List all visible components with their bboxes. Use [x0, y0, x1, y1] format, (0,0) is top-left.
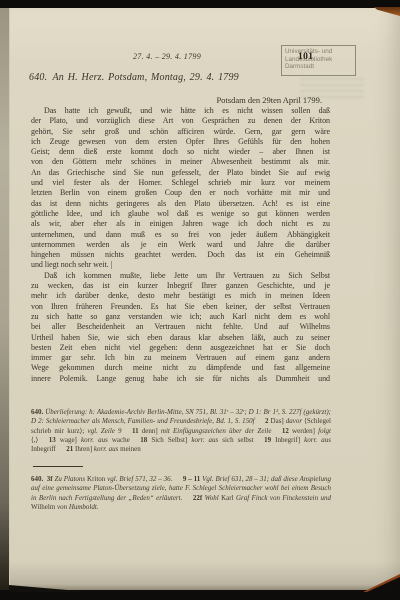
body-line-text: der Plato, und vorzüglich diese Art von … — [31, 116, 330, 126]
body-line: und liegt noch sehr weit. | — [31, 260, 330, 270]
body-line-text: das ist denn nichts geringeres als den P… — [31, 199, 330, 209]
book-spine-edge — [0, 8, 10, 590]
running-head-date-range: 27. 4. – 29. 4. 1799 — [31, 52, 303, 61]
page-number: 101 — [298, 52, 313, 62]
letter-heading: 640. An H. Herz. Potsdam, Montag, 29. 4.… — [29, 72, 369, 83]
body-line-text: gehört, Sie sehr groß und schön afficire… — [31, 127, 330, 137]
body-line-text: mehr ich darüber denke, desto mehr bestä… — [31, 291, 330, 301]
body-line: An das Griechische sind Sie nun gefessel… — [31, 168, 330, 178]
body-line-text: von Ihren früheren Freunden. Es hat Sie … — [31, 302, 330, 312]
letter-dateline: Potsdam den 29ten April 1799. — [31, 95, 322, 105]
body-line-text: Daß ich kommen mußte, liebe Jette um Ihr… — [31, 271, 330, 281]
body-line: 15unternommen werden als je ein Werk war… — [31, 240, 330, 250]
body-line: der Plato, und vorzüglich diese Art von … — [31, 116, 330, 126]
body-line: von den Göttern mehr schönes in meiner A… — [31, 157, 330, 167]
body-line: Das hatte ich gewußt, und wie hätte ich … — [31, 106, 330, 116]
letter-body: Das hatte ich gewußt, und wie hätte ich … — [31, 106, 330, 384]
body-line: von Ihren früheren Freunden. Es hat Sie … — [31, 302, 330, 312]
body-line-text: göttliche Idee, und ich glaube wol daß e… — [31, 209, 330, 219]
body-line-text: zu wecken, das ist ein kurzer Inbegrif I… — [31, 281, 330, 291]
body-line: 5ich Zeuge gewesen von dem ersten Opfer … — [31, 137, 330, 147]
body-line-text: zu sich hatte so ganz verstanden wie ich… — [31, 312, 330, 322]
footnote-separator-rule — [33, 466, 83, 467]
body-line-text: innere Polemik. Lange genug habe ich sie… — [31, 374, 330, 384]
body-line-text: Geist; denn dieß erste kommt doch so nic… — [31, 147, 330, 157]
body-line-text: unternommen werden als je ein Werk ward … — [31, 240, 330, 250]
body-line: innere Polemik. Lange genug habe ich sie… — [31, 374, 330, 384]
body-line: das ist denn nichts geringeres als den P… — [31, 199, 330, 209]
body-line-text: ich Zeuge gewesen von dem ersten Opfer I… — [31, 137, 330, 147]
body-line: und viel fester als der Homer. Schlegel … — [31, 178, 330, 188]
body-line: 10letzten Berlin von einem großen Coup d… — [31, 188, 330, 198]
editorial-commentary: 640. 3f Zu Platons Kriton vgl. Brief 571… — [31, 475, 331, 512]
body-line: zu wecken, das ist ein kurzer Inbegrif I… — [31, 281, 330, 291]
body-line: Urtheil haben Sie, wie sich eben daraus … — [31, 333, 330, 343]
body-line-text: hingehen müssen nichts geachtet werden. … — [31, 250, 330, 260]
body-line-text: An das Griechische sind Sie nun gefessel… — [31, 168, 330, 178]
body-line-text: immer gar sehr. Ich bin zu meinem Vertra… — [31, 353, 330, 363]
body-line: Daß ich kommen mußte, liebe Jette um Ihr… — [31, 271, 330, 281]
body-line-text: als wir, aber eher als in einigen Jahren… — [31, 219, 330, 229]
library-stamp-line1: Universitäts- und — [285, 48, 355, 56]
body-line-text: unternehmen, und dann muß es so frei von… — [31, 230, 330, 240]
body-line: als wir, aber eher als in einigen Jahren… — [31, 219, 330, 229]
book-photo-scene: 27. 4. – 29. 4. 1799 Universitäts- und L… — [0, 0, 400, 600]
body-line-text: und viel fester als der Homer. Schlegel … — [31, 178, 330, 188]
body-line-text: bei aller Bescheidenheit an Vertrauen ni… — [31, 322, 330, 332]
body-line: Geist; denn dieß erste kommt doch so nic… — [31, 147, 330, 157]
body-line: unternehmen, und dann muß es so frei von… — [31, 230, 330, 240]
body-line: bei aller Bescheidenheit an Vertrauen ni… — [31, 322, 330, 332]
library-stamp-line2: Landesbibliothek — [285, 56, 355, 64]
body-line-text: von den Göttern mehr schönes in meiner A… — [31, 157, 330, 167]
body-line: 20mehr ich darüber denke, desto mehr bes… — [31, 291, 330, 301]
library-stamp-line3: Darmstadt — [285, 63, 355, 71]
body-line: Wege gekommen durch meine nicht zu dämpf… — [31, 363, 330, 373]
body-line-text: Das hatte ich gewußt, und wie hätte ich … — [31, 106, 330, 116]
body-line-text: und liegt noch sehr weit. | — [31, 260, 330, 270]
critical-apparatus: 640. Überlieferung: h: Akademie-Archiv B… — [31, 408, 331, 454]
body-line: zu sich hatte so ganz verstanden wie ich… — [31, 312, 330, 322]
body-line-text: letzten Berlin von einem großen Coup den… — [31, 188, 330, 198]
body-line-text: Urtheil haben Sie, wie sich eben daraus … — [31, 333, 330, 343]
body-line: gehört, Sie sehr groß und schön afficire… — [31, 127, 330, 137]
body-line-text: besten Zeit eben nicht viel gegeben: den… — [31, 343, 330, 353]
body-line: immer gar sehr. Ich bin zu meinem Vertra… — [31, 353, 330, 363]
body-line: göttliche Idee, und ich glaube wol daß e… — [31, 209, 330, 219]
body-line: 25besten Zeit eben nicht viel gegeben: d… — [31, 343, 330, 353]
body-line-text: Wege gekommen durch meine nicht zu dämpf… — [31, 363, 330, 373]
body-line: hingehen müssen nichts geachtet werden. … — [31, 250, 330, 260]
